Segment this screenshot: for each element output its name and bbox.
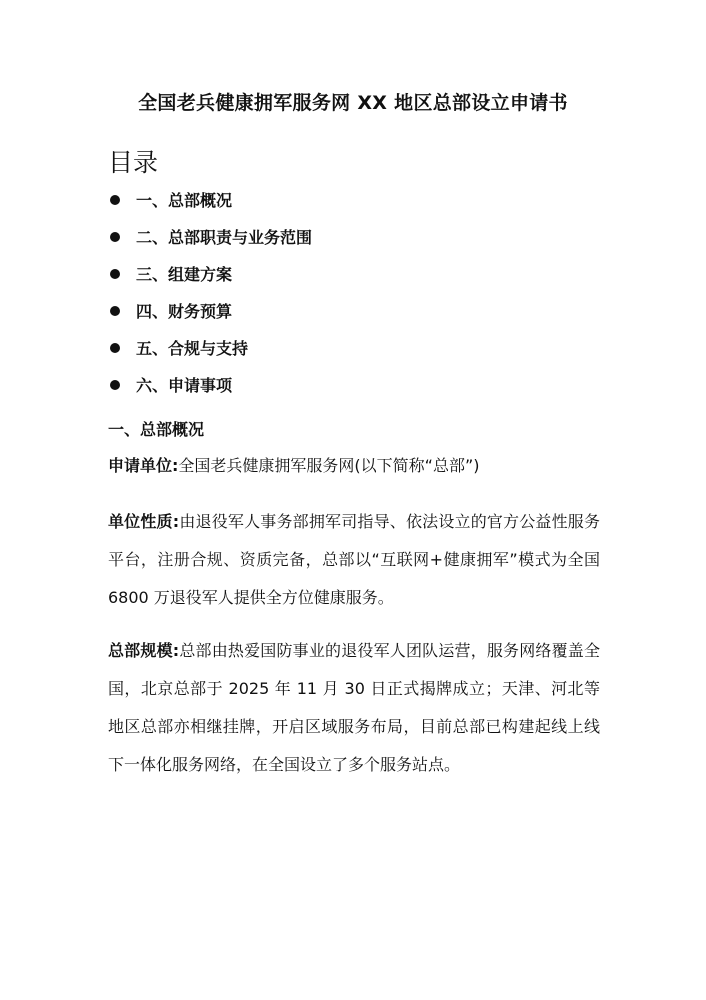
paragraph-text: 总部由热爱国防事业的退役军人团队运营，服务网络覆盖全国，北京总部于 2025 年…: [108, 641, 600, 774]
toc-item: 四、财务预算: [108, 292, 312, 329]
toc-item-label: 六、申请事项: [136, 373, 232, 396]
paragraph-nature: 单位性质:由退役军人事务部拥军司指导、依法设立的官方公益性服务平台，注册合规、资…: [108, 503, 600, 617]
toc-item: 二、总部职责与业务范围: [108, 218, 312, 255]
bullet-icon: [110, 232, 120, 242]
toc-list: 一、总部概况 二、总部职责与业务范围 三、组建方案 四、财务预算 五、合规与支持…: [108, 181, 312, 403]
toc-item-label: 四、财务预算: [136, 299, 232, 322]
section-heading: 一、总部概况: [108, 417, 204, 440]
paragraph-label: 总部规模:: [108, 641, 179, 660]
paragraph-text: 由退役军人事务部拥军司指导、依法设立的官方公益性服务平台，注册合规、资质完备，总…: [108, 512, 600, 607]
paragraph-scale: 总部规模:总部由热爱国防事业的退役军人团队运营，服务网络覆盖全国，北京总部于 2…: [108, 632, 600, 784]
document-page: 全国老兵健康拥军服务网 XX 地区总部设立申请书 目录 一、总部概况 二、总部职…: [0, 0, 706, 1000]
toc-item-label: 一、总部概况: [136, 188, 232, 211]
toc-item-label: 三、组建方案: [136, 262, 232, 285]
paragraph-label: 申请单位:: [108, 456, 178, 475]
toc-item: 一、总部概况: [108, 181, 312, 218]
bullet-icon: [110, 306, 120, 316]
paragraph-applicant: 申请单位:全国老兵健康拥军服务网(以下简称“总部”): [108, 447, 600, 485]
bullet-icon: [110, 380, 120, 390]
toc-heading: 目录: [108, 143, 158, 179]
toc-item-label: 二、总部职责与业务范围: [136, 225, 312, 248]
paragraph-label: 单位性质:: [108, 512, 179, 531]
toc-item: 六、申请事项: [108, 366, 312, 403]
bullet-icon: [110, 269, 120, 279]
toc-item: 五、合规与支持: [108, 329, 312, 366]
paragraph-text: 全国老兵健康拥军服务网(以下简称“总部”): [178, 456, 479, 475]
toc-item-label: 五、合规与支持: [136, 336, 248, 359]
toc-item: 三、组建方案: [108, 255, 312, 292]
document-title: 全国老兵健康拥军服务网 XX 地区总部设立申请书: [0, 88, 706, 115]
bullet-icon: [110, 195, 120, 205]
bullet-icon: [110, 343, 120, 353]
